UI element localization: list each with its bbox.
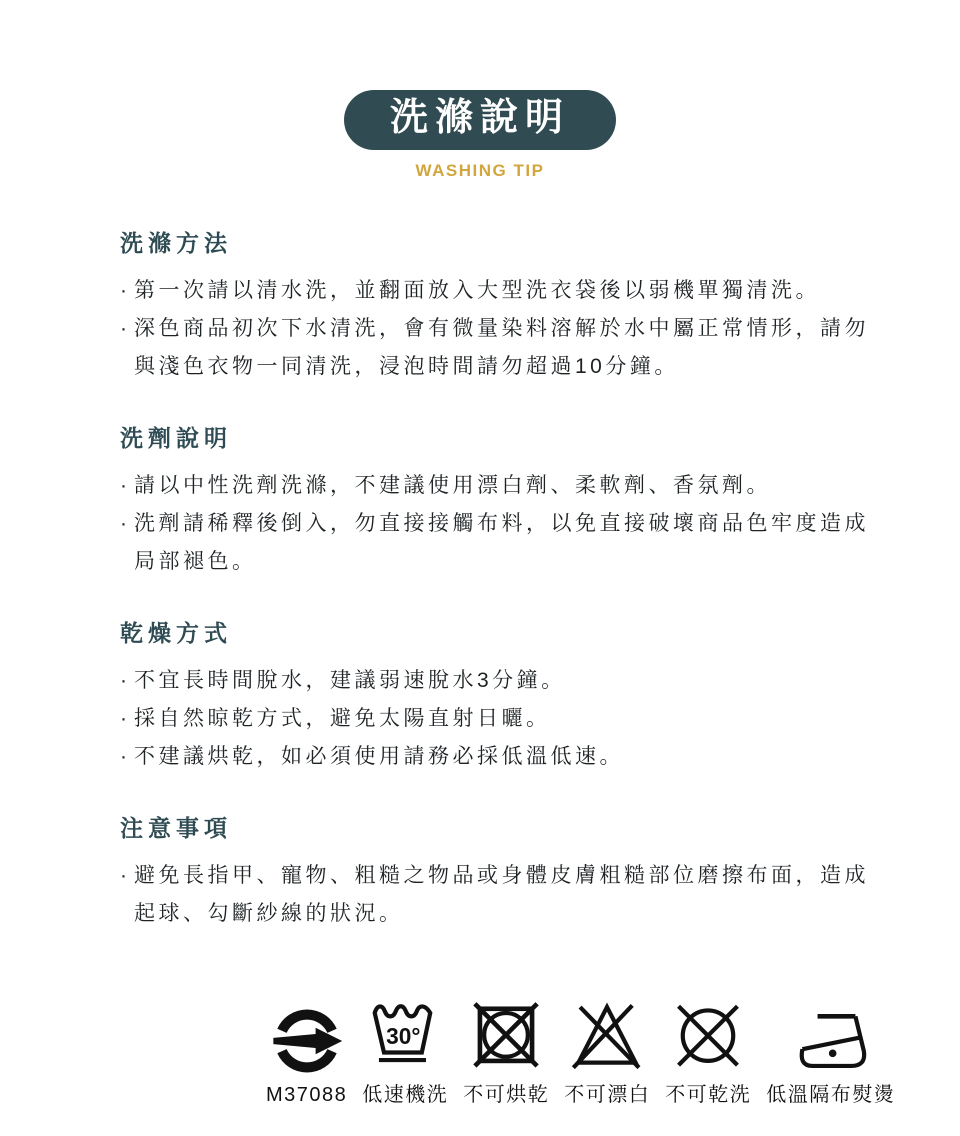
page-header: 洗滌說明 WASHING TIP bbox=[0, 0, 960, 181]
care-item-label: 不可乾洗 bbox=[665, 1078, 751, 1107]
bullet-item: · 避免長指甲、寵物、粗糙之物品或身體皮膚粗糙部位磨擦布面，造成起球、勾斷紗線的… bbox=[120, 857, 870, 933]
bullet-marker: · bbox=[120, 467, 134, 505]
bullet-item: · 不宜長時間脫水，建議弱速脫水3分鐘。 bbox=[120, 662, 870, 700]
care-item-label: M37088 bbox=[266, 1084, 347, 1107]
care-item-label: 低溫隔布熨燙 bbox=[766, 1078, 895, 1107]
bullet-item: · 第一次請以清水洗，並翻面放入大型洗衣袋後以弱機單獨清洗。 bbox=[120, 272, 870, 310]
washing-instructions-page: 洗滌說明 WASHING TIP 洗滌方法 · 第一次請以清水洗，並翻面放入大型… bbox=[0, 0, 960, 1136]
inspection-mark-icon bbox=[271, 1005, 343, 1077]
bullet-marker: · bbox=[120, 738, 134, 776]
bullet-text: 第一次請以清水洗，並翻面放入大型洗衣袋後以弱機單獨清洗。 bbox=[134, 272, 820, 310]
bullet-marker: · bbox=[120, 857, 134, 895]
bullet-item: · 洗劑請稀釋後倒入，勿直接接觸布料，以免直接破壞商品色牢度造成局部褪色。 bbox=[120, 505, 870, 581]
care-item-inspection-mark: M37088 bbox=[266, 1005, 347, 1107]
page-subtitle: WASHING TIP bbox=[0, 161, 960, 181]
section-precautions: 注意事項 · 避免長指甲、寵物、粗糙之物品或身體皮膚粗糙部位磨擦布面，造成起球、… bbox=[120, 810, 870, 933]
bullet-item: · 深色商品初次下水清洗，會有微量染料溶解於水中屬正常情形，請勿與淺色衣物一同清… bbox=[120, 310, 870, 386]
bullet-text: 採自然晾乾方式，避免太陽直射日曬。 bbox=[134, 700, 551, 738]
section-detergent-notes: 洗劑說明 · 請以中性洗劑洗滌，不建議使用漂白劑、柔軟劑、香氛劑。 · 洗劑請稀… bbox=[120, 420, 870, 581]
bullet-item: · 請以中性洗劑洗滌，不建議使用漂白劑、柔軟劑、香氛劑。 bbox=[120, 467, 870, 505]
do-not-tumble-dry-icon bbox=[467, 997, 545, 1071]
section-washing-method: 洗滌方法 · 第一次請以清水洗，並翻面放入大型洗衣袋後以弱機單獨清洗。 · 深色… bbox=[120, 225, 870, 386]
bullet-text: 不宜長時間脫水，建議弱速脫水3分鐘。 bbox=[134, 662, 566, 700]
section-heading: 乾燥方式 bbox=[120, 615, 870, 648]
care-item-no-tumble-dry: 不可烘乾 bbox=[463, 997, 549, 1107]
bullet-item: · 採自然晾乾方式，避免太陽直射日曬。 bbox=[120, 700, 870, 738]
bullet-text: 深色商品初次下水清洗，會有微量染料溶解於水中屬正常情形，請勿與淺色衣物一同清洗，… bbox=[134, 310, 869, 386]
section-heading: 洗劑說明 bbox=[120, 420, 870, 453]
section-drying-method: 乾燥方式 · 不宜長時間脫水，建議弱速脫水3分鐘。 · 採自然晾乾方式，避免太陽… bbox=[120, 615, 870, 776]
care-item-label: 不可漂白 bbox=[564, 1078, 650, 1107]
bullet-marker: · bbox=[120, 505, 134, 543]
bullet-text: 請以中性洗劑洗滌，不建議使用漂白劑、柔軟劑、香氛劑。 bbox=[134, 467, 771, 505]
care-icons-row: M37088 30° 低速機洗 不可烘乾 bbox=[266, 997, 870, 1107]
bullet-marker: · bbox=[120, 272, 134, 310]
bullet-text: 不建議烘乾，如必須使用請務必採低溫低速。 bbox=[134, 738, 624, 776]
care-item-no-bleach: 不可漂白 bbox=[564, 997, 650, 1107]
bullet-marker: · bbox=[120, 662, 134, 700]
bullet-text: 避免長指甲、寵物、粗糙之物品或身體皮膚粗糙部位磨擦布面，造成起球、勾斷紗線的狀況… bbox=[134, 857, 869, 933]
do-not-dry-clean-icon bbox=[669, 997, 747, 1071]
page-title: 洗滌說明 bbox=[390, 97, 570, 139]
iron-low-with-cloth-icon bbox=[791, 997, 871, 1071]
section-heading: 注意事項 bbox=[120, 810, 870, 843]
care-item-label: 不可烘乾 bbox=[463, 1078, 549, 1107]
bullet-item: · 不建議烘乾，如必須使用請務必採低溫低速。 bbox=[120, 738, 870, 776]
bullet-marker: · bbox=[120, 700, 134, 738]
care-item-machine-wash: 30° 低速機洗 bbox=[362, 997, 448, 1107]
care-item-no-dry-clean: 不可乾洗 bbox=[665, 997, 751, 1107]
instructions-content: 洗滌方法 · 第一次請以清水洗，並翻面放入大型洗衣袋後以弱機單獨清洗。 · 深色… bbox=[0, 181, 960, 1107]
section-heading: 洗滌方法 bbox=[120, 225, 870, 258]
bullet-text: 洗劑請稀釋後倒入，勿直接接觸布料，以免直接破壞商品色牢度造成局部褪色。 bbox=[134, 505, 869, 581]
machine-wash-30-icon: 30° bbox=[366, 997, 444, 1071]
wash-temperature-label: 30° bbox=[386, 1023, 420, 1049]
do-not-bleach-icon bbox=[568, 997, 646, 1071]
bullet-marker: · bbox=[120, 310, 134, 348]
care-item-label: 低速機洗 bbox=[362, 1078, 448, 1107]
care-item-iron-low: 低溫隔布熨燙 bbox=[766, 997, 895, 1107]
title-pill: 洗滌說明 bbox=[344, 90, 616, 150]
